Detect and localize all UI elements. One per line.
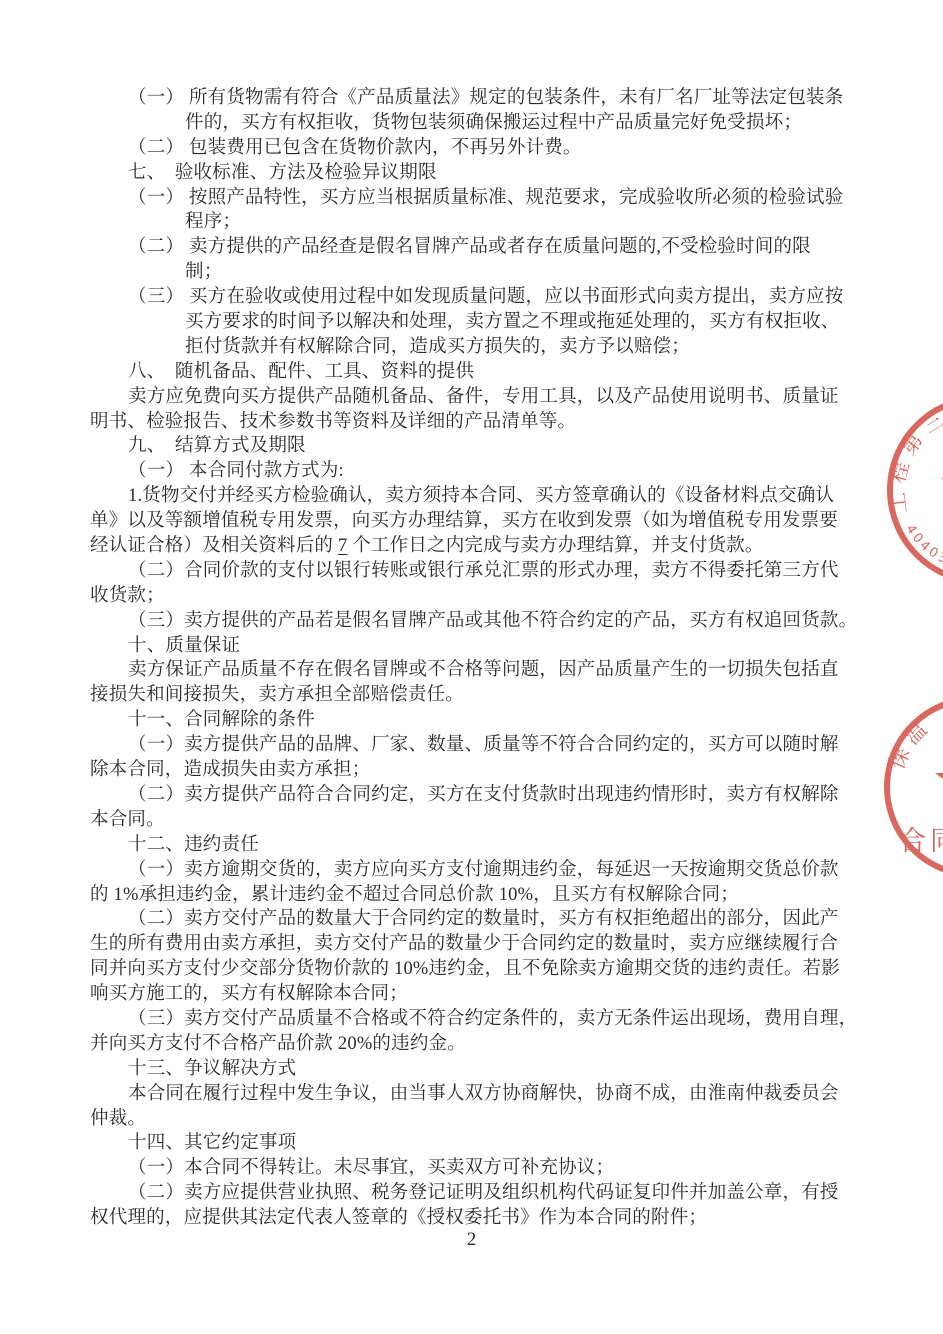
contract-line: 买方要求的时间予以解决和处理，卖方置之不理或拖延处理的，买方有权拒收、 <box>90 310 880 335</box>
contract-line: （二）卖方应提供营业执照、税务登记证明及组织机构代码证复印件并加盖公章，有授 <box>90 1181 880 1206</box>
contract-line: 除本合同，造成损失由卖方承担； <box>90 758 880 783</box>
company-seal-stamp-icon: 工程第三建 40403 <box>882 390 943 590</box>
contract-line: （一）卖方提供产品的品牌、厂家、数量、质量等不符合合同约定的，买方可以随时解 <box>90 733 880 758</box>
contract-line: （三）卖方提供的产品若是假名冒牌产品或其他不符合约定的产品，买方有权追回货款。 <box>90 609 880 634</box>
svg-text:工程第三建: 工程第三建 <box>882 390 943 514</box>
contract-line: 接损失和间接损失，卖方承担全部赔偿责任。 <box>90 683 880 708</box>
contract-line: 十二、违约责任 <box>90 833 880 858</box>
contract-line: 十一、合同解除的条件 <box>90 708 880 733</box>
contract-line: （二）卖方提供产品符合合同约定，买方在支付货款时出现违约情形时，卖方有权解除 <box>90 783 880 808</box>
contract-line: 仲裁。 <box>90 1107 880 1132</box>
contract-line: 拒付货款并有权解除合同，造成买方损失的，卖方予以赔偿； <box>90 335 880 360</box>
contract-line: （一） 本合同付款方式为: <box>90 459 880 484</box>
contract-line: 单》以及等额增值税专用发票，向买方办理结算，买方在收到发票（如为增值税专用发票要 <box>90 509 880 534</box>
contract-line: 生的所有费用由卖方承担，卖方交付产品的数量少于合同约定的数量时，卖方应继续履行合 <box>90 932 880 957</box>
contract-seal-stamp-icon: 保温 合同 <box>875 687 943 887</box>
contract-line: 的 1%承担违约金，累计违约金不超过合同总价款 10%，且买方有权解除合同； <box>90 883 880 908</box>
svg-text:40403: 40403 <box>902 522 943 568</box>
contract-line: 经认证合格）及相关资料后的 7 个工作日之内完成与卖方办理结算，并支付货款。 <box>90 534 880 559</box>
contract-line: （二）卖方交付产品的数量大于合同约定的数量时，买方有权拒绝超出的部分，因此产 <box>90 907 880 932</box>
contract-line: 十四、其它约定事项 <box>90 1131 880 1156</box>
contract-line: 同并向买方支付少交部分货物价款的 10%违约金，且不免除卖方逾期交货的违约责任。… <box>90 957 880 982</box>
contract-line: （一） 所有货物需有符合《产品质量法》规定的包装条件，未有厂名厂址等法定包装条 <box>90 86 880 111</box>
contract-line: 卖方应免费向买方提供产品随机备品、备件，专用工具，以及产品使用说明书、质量证 <box>90 385 880 410</box>
contract-line: 收货款； <box>90 584 880 609</box>
contract-line: 七、 验收标准、方法及检验异议期限 <box>90 161 880 186</box>
contract-line: 十三、争议解决方式 <box>90 1057 880 1082</box>
contract-line: 并向买方支付不合格产品价款 20%的违约金。 <box>90 1032 880 1057</box>
seal-star-icon <box>935 743 943 824</box>
contract-line: 制； <box>90 260 880 285</box>
contract-line: 本合同。 <box>90 808 880 833</box>
contract-line: （三）卖方交付产品质量不合格或不符合约定条件的，卖方无条件运出现场，费用自理， <box>90 1007 880 1032</box>
contract-line: 八、 随机备品、配件、工具、资料的提供 <box>90 360 880 385</box>
contract-line: 响买方施工的，买方有权解除本合同； <box>90 982 880 1007</box>
contract-line: （一）本合同不得转让。未尽事宜，买卖双方可补充协议； <box>90 1156 880 1181</box>
contract-line: （一）卖方逾期交货的，卖方应向买方支付逾期违约金，每延迟一天按逾期交货总价款 <box>90 858 880 883</box>
contract-text-block: （一） 所有货物需有符合《产品质量法》规定的包装条件，未有厂名厂址等法定包装条件… <box>90 86 880 1231</box>
contract-line: 卖方保证产品质量不存在假名冒牌或不合格等问题，因产品质量产生的一切损失包括直 <box>90 658 880 683</box>
contract-line: 九、 结算方式及期限 <box>90 434 880 459</box>
contract-line: 1.货物交付并经买方检验确认，卖方须持本合同、买方签章确认的《设备材料点交确认 <box>90 484 880 509</box>
contract-line: （二）合同价款的支付以银行转账或银行承兑汇票的形式办理，卖方不得委托第三方代 <box>90 559 880 584</box>
contract-line: （二） 包装费用已包含在货物价款内，不再另外计费。 <box>90 136 880 161</box>
svg-text:合同: 合同 <box>899 826 943 856</box>
contract-line: （三） 买方在验收或使用过程中如发现质量问题，应以书面形式向卖方提出，卖方应按 <box>90 285 880 310</box>
page-number: 2 <box>0 1228 943 1252</box>
contract-line: （二） 卖方提供的产品经查是假名冒牌产品或者存在质量问题的,不受检验时间的限 <box>90 235 880 260</box>
contract-page: （一） 所有货物需有符合《产品质量法》规定的包装条件，未有厂名厂址等法定包装条件… <box>0 0 943 1334</box>
contract-line: 十、质量保证 <box>90 634 880 659</box>
contract-line: （一） 按照产品特性，买方应当根据质量标准、规范要求，完成验收所必须的检验试验 <box>90 186 880 211</box>
contract-line: 本合同在履行过程中发生争议，由当事人双方协商解快，协商不成，由淮南仲裁委员会 <box>90 1082 880 1107</box>
contract-line: 明书、检验报告、技术参数书等资料及详细的产品清单等。 <box>90 410 880 435</box>
contract-line: 件的，买方有权拒收，货物包装须确保搬运过程中产品质量完好免受损坏； <box>90 111 880 136</box>
svg-text:保温: 保温 <box>884 713 936 772</box>
contract-line: 程序； <box>90 210 880 235</box>
